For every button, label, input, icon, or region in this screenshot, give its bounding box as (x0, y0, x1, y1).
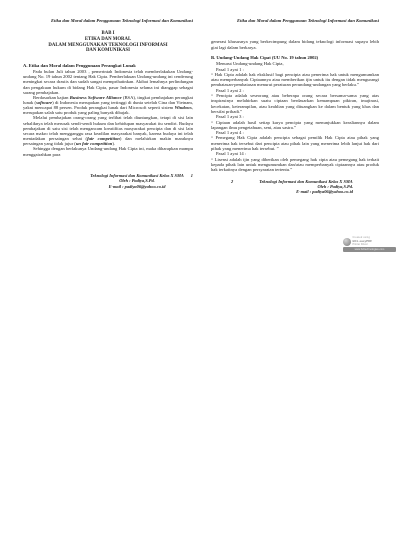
running-header: Etika dan Moral dalam Penggunaan Teknolo… (23, 18, 193, 23)
text-segment: Pada bulan Juli tahun 2003 , pemerintah … (23, 69, 193, 95)
article-text: “ Pemegang Hak Cipta adalah pencipta seb… (211, 135, 379, 151)
running-header: Etika dan Moral dalam Penggunaan Teknolo… (211, 18, 379, 23)
footer-email: E-mail : padiya06@yahoo.co.id (211, 189, 379, 194)
article-text: “ Lisensi adalah ijin yang diberikan ole… (211, 157, 379, 173)
pdf-watermark: Created using BCL easyPDF Printer Driver… (343, 237, 396, 252)
chapter-title-line: DAN KOMUNIKASI (23, 48, 193, 54)
page-2: Etika dan Moral dalam Penggunaan Teknolo… (211, 18, 379, 195)
paragraph: Berdasarkan kajian Business Software All… (23, 95, 193, 116)
lead-paragraph: generasi khususnya yang berkecimpung dal… (211, 39, 379, 50)
articles-list: Pasal 1 ayat 1 :“ Hak Cipta adalah hak e… (211, 67, 379, 173)
text-segment: Sehingga dengan berlakunya Undang-undang… (23, 146, 193, 156)
chapter-title: BAB I ETIKA DAN MORAL DALAM MENGGUNAKAN … (23, 31, 193, 53)
document-spread: Etika dan Moral dalam Penggunaan Teknolo… (0, 0, 400, 550)
section-heading-a: A. Etika dan Moral dalam Penggunaan Pera… (23, 63, 193, 68)
emphasized-text: Windows (175, 105, 192, 110)
watermark-header: Created using BCL easyPDF Printer Driver (343, 237, 396, 246)
watermark-text: Created using BCL easyPDF Printer Driver (353, 237, 373, 246)
page-number: 1 (191, 173, 193, 178)
watermark-sub-line: Printer Driver (353, 243, 373, 246)
article-text: “ Ciptaan adalah hasil setiap karya penc… (211, 120, 379, 131)
page-1: Etika dan Moral dalam Penggunaan Teknolo… (23, 18, 193, 189)
page-footer: 2 Teknologi Informasi dan Komunikasi Kel… (211, 179, 379, 195)
paragraph: Pada bulan Juli tahun 2003 , pemerintah … (23, 69, 193, 95)
paragraph: Melalui pembajakan orang-orang yang terl… (23, 115, 193, 146)
footer-email: E-mail : padiya06@yahoo.co.id (63, 184, 193, 189)
watermark-url-bar: www.bcltechnologies.com (343, 247, 396, 252)
page-footer: Teknologi Informasi dan Komunikasi Kelas… (63, 173, 193, 189)
page-number: 2 (231, 179, 233, 184)
article-text: “ Hak Cipta adalah hak eksklusif bagi pe… (211, 72, 379, 88)
paragraph: Sehingga dengan berlakunya Undang-undang… (23, 146, 193, 156)
section-heading-b: B. Undang-Undang Hak Cipat (UU No. 19 ta… (211, 55, 379, 60)
body-text: Pada bulan Juli tahun 2003 , pemerintah … (23, 69, 193, 157)
article-text: “ Pencipta adalah seseorang atau beberap… (211, 93, 379, 114)
pdf-converter-logo-icon (343, 238, 351, 246)
